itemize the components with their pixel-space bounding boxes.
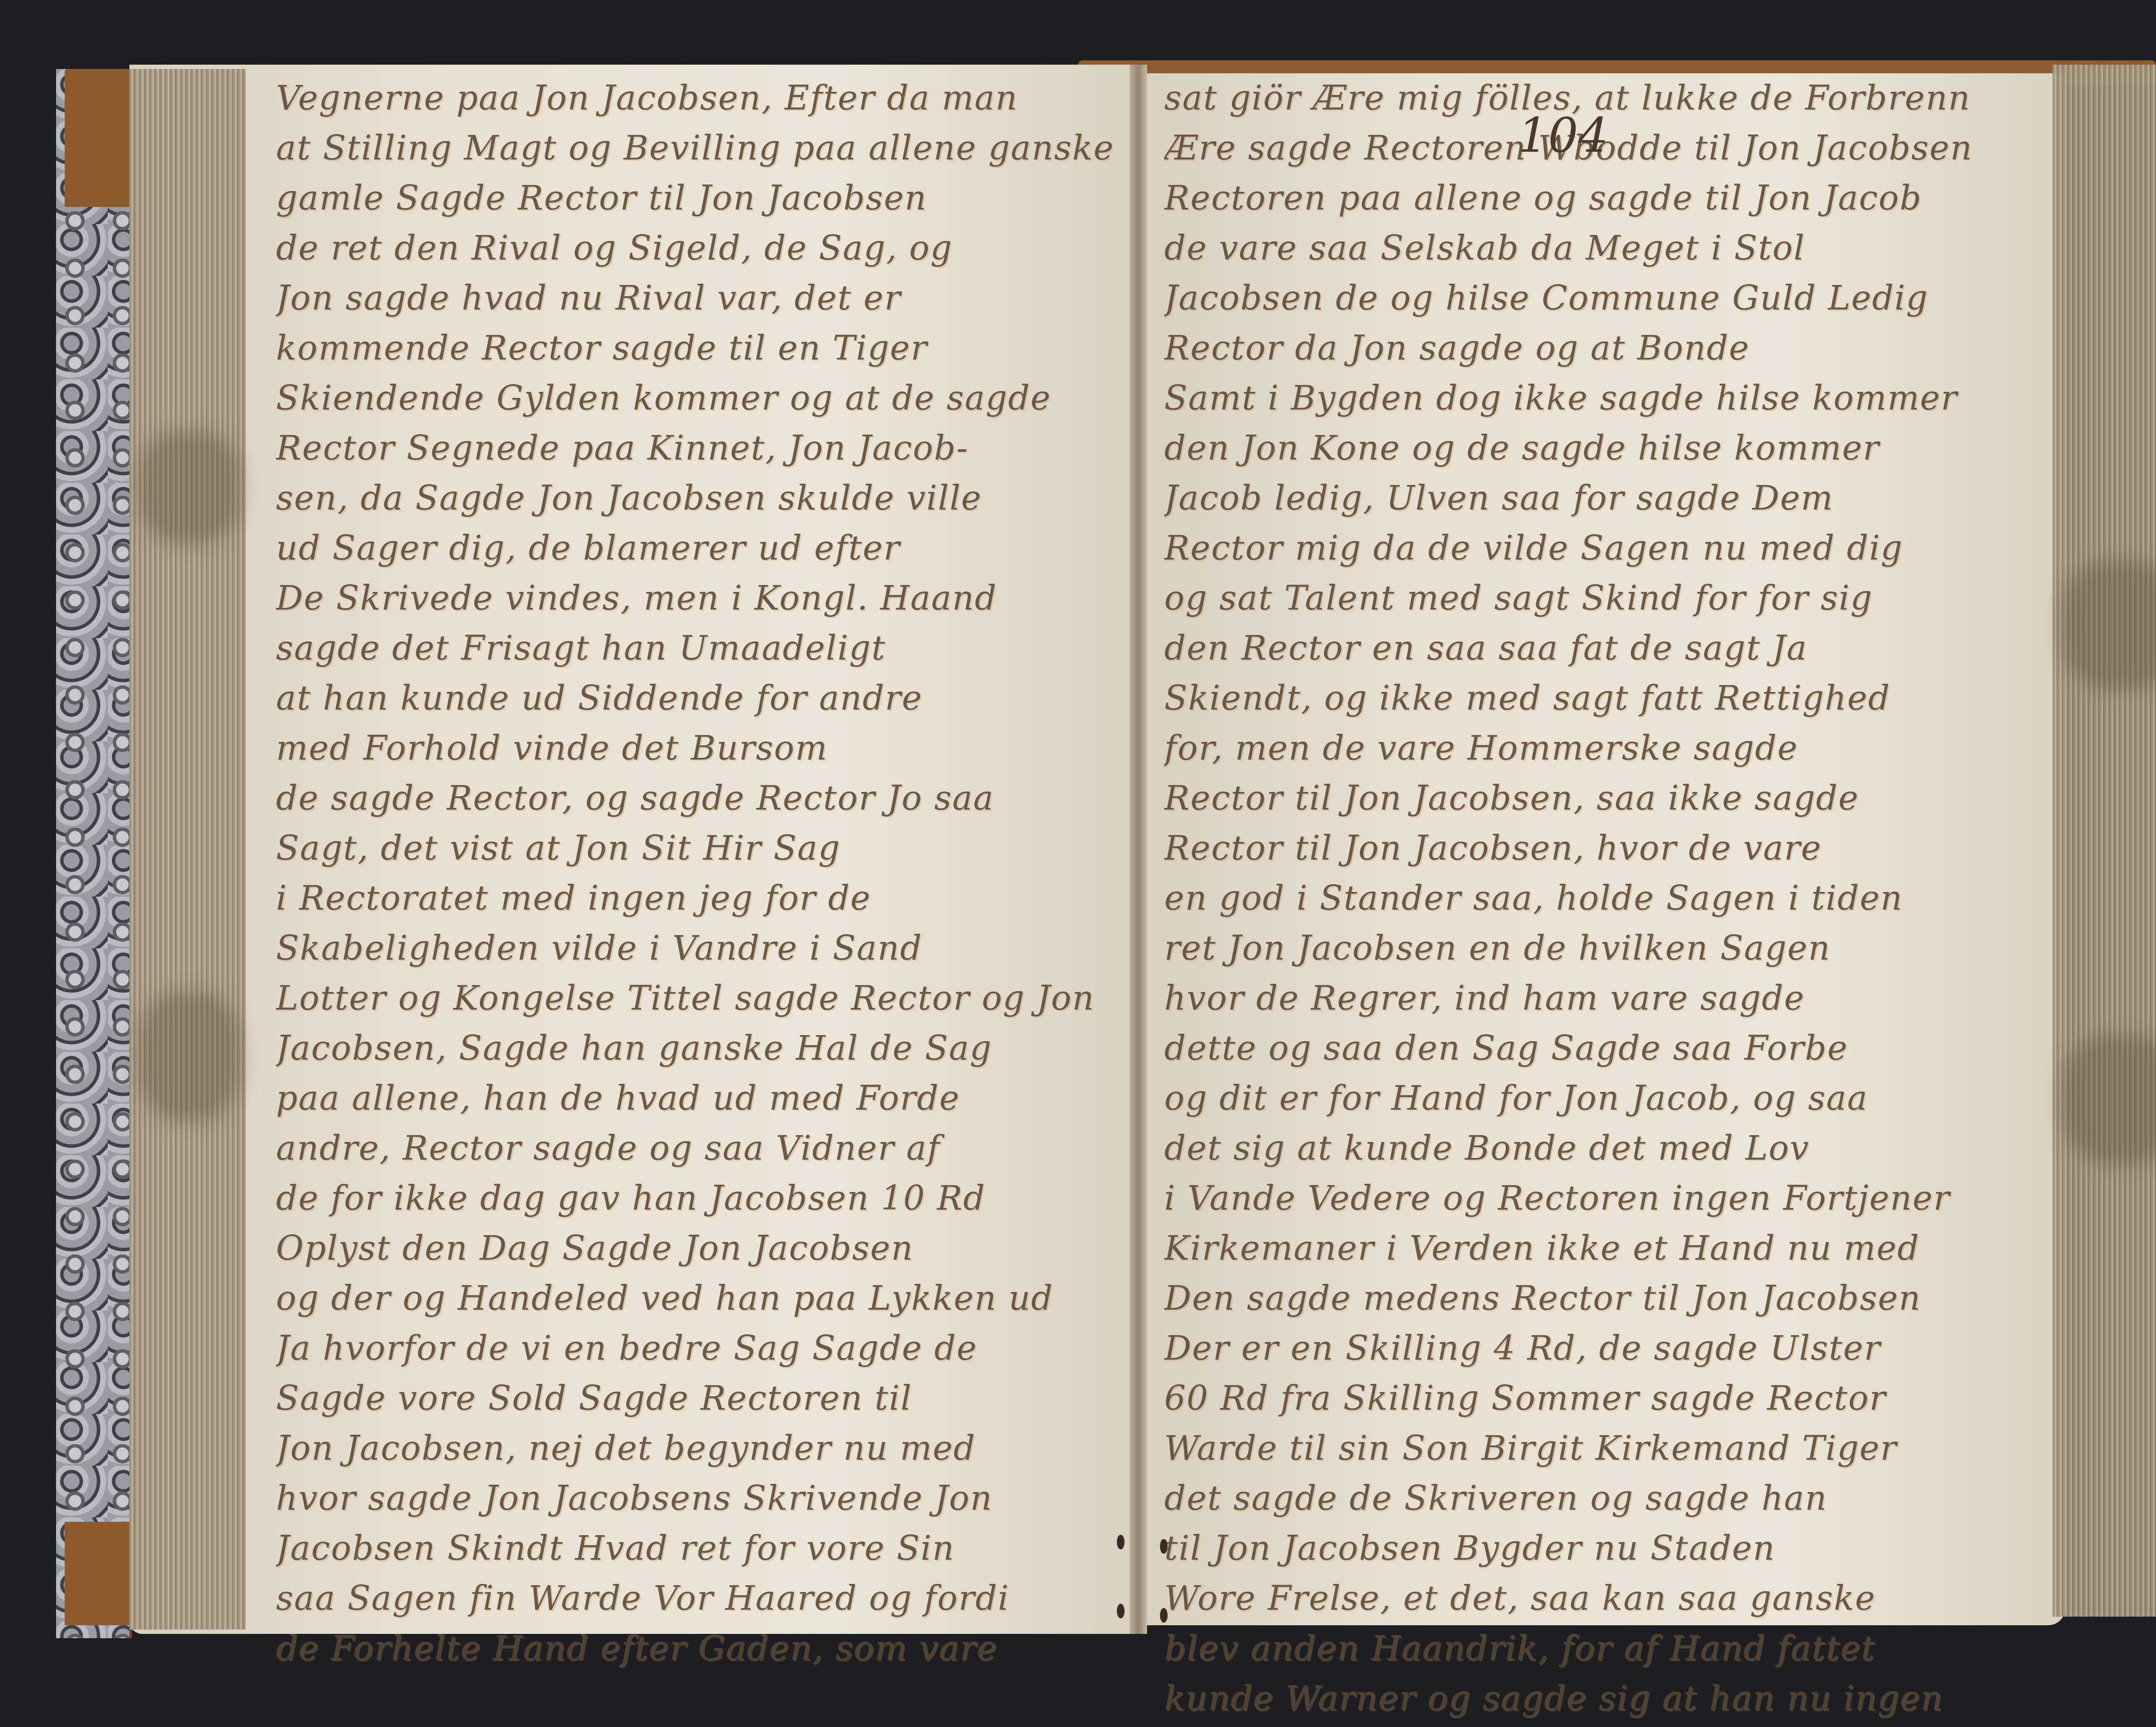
manuscript-line: hvor de Regrer, ind ham vare sagde bbox=[1164, 973, 2053, 1023]
manuscript-line: den Rector en saa saa fat de sagt Ja bbox=[1164, 623, 2053, 673]
manuscript-line: De Skrivede vindes, men i Kongl. Haand bbox=[276, 573, 1112, 623]
manuscript-line: og sat Talent med sagt Skind for for sig bbox=[1164, 573, 2053, 623]
manuscript-line: Jacobsen Skindt Hvad ret for vore Sin bbox=[276, 1524, 1112, 1574]
manuscript-line: Rector til Jon Jacobsen, hvor de vare bbox=[1164, 823, 2053, 873]
manuscript-line: sen, da Sagde Jon Jacobsen skulde ville bbox=[276, 473, 1112, 523]
manuscript-line: Skabeligheden vilde i Vandre i Sand bbox=[276, 923, 1112, 973]
manuscript-line: Sagt, det vist at Jon Sit Hir Sag bbox=[276, 823, 1112, 873]
manuscript-line: hvor sagde Jon Jacobsens Skrivende Jon bbox=[276, 1474, 1112, 1524]
binding-hole bbox=[1117, 1535, 1125, 1549]
manuscript-line: den Jon Kone og de sagde hilse kommer bbox=[1164, 423, 2053, 473]
manuscript-line: Jacobsen de og hilse Commune Guld Ledig bbox=[1164, 273, 2053, 323]
manuscript-line: Samt i Bygden dog ikke sagde hilse komme… bbox=[1164, 373, 2053, 423]
manuscript-line: ret Jon Jacobsen en de hvilken Sagen bbox=[1164, 923, 2053, 973]
manuscript-line: Sagde vore Sold Sagde Rectoren til bbox=[276, 1373, 1112, 1424]
manuscript-line: Rector da Jon sagde og at Bonde bbox=[1164, 323, 2053, 373]
folio-number: 104 bbox=[1518, 108, 1608, 163]
marbled-cover-board bbox=[56, 69, 132, 1638]
manuscript-line: Jacob ledig, Ulven saa for sagde Dem bbox=[1164, 473, 2053, 523]
manuscript-line: det sagde de Skriveren og sagde han bbox=[1164, 1474, 2053, 1524]
manuscript-line: Lotter og Kongelse Tittel sagde Rector o… bbox=[276, 973, 1112, 1023]
binding-hole bbox=[1117, 1604, 1125, 1618]
manuscript-line: Den sagde medens Rector til Jon Jacobsen bbox=[1164, 1273, 2053, 1323]
manuscript-line: at han kunde ud Siddende for andre bbox=[276, 673, 1112, 723]
manuscript-line: Rector Segnede paa Kinnet, Jon Jacob- bbox=[276, 423, 1112, 473]
manuscript-line: Jon sagde hvad nu Rival var, det er bbox=[276, 273, 1112, 323]
manuscript-line: andre, Rector sagde og saa Vidner af bbox=[276, 1123, 1112, 1173]
manuscript-line: saa Sagen fin Warde Vor Haared og fordi bbox=[276, 1574, 1112, 1624]
manuscript-line: Rectoren paa allene og sagde til Jon Jac… bbox=[1164, 173, 2053, 223]
manuscript-line: de vare saa Selskab da Meget i Stol bbox=[1164, 223, 2053, 273]
manuscript-line: Jon Jacobsen, nej det begynder nu med bbox=[276, 1424, 1112, 1474]
manuscript-line: de ret den Rival og Sigeld, de Sag, og bbox=[276, 223, 1112, 273]
manuscript-line: dette og saa den Sag Sagde saa Forbe bbox=[1164, 1023, 2053, 1073]
binding-hole bbox=[1160, 1608, 1168, 1623]
manuscript-line: for, men de vare Hommerske sagde bbox=[1164, 723, 2053, 773]
manuscript-line: at Stilling Magt og Bevilling paa allene… bbox=[276, 123, 1112, 173]
manuscript-line: Vegnerne paa Jon Jacobsen, Efter da man bbox=[276, 73, 1112, 123]
manuscript-line: sagde det Frisagt han Umaadeligt bbox=[276, 623, 1112, 673]
manuscript-line: blev anden Haandrik, for af Hand fattet bbox=[1164, 1624, 2053, 1674]
right-page-text: sat giör Ære mig fölles, at lukke de For… bbox=[1164, 73, 2053, 1724]
manuscript-line: Oplyst den Dag Sagde Jon Jacobsen bbox=[276, 1223, 1112, 1273]
manuscript-line: Ære sagde Rectoren Wbodde til Jon Jacobs… bbox=[1164, 123, 2053, 173]
manuscript-line: de Forhelte Hand efter Gaden, som vare bbox=[276, 1624, 1112, 1674]
manuscript-line: Kirkemaner i Verden ikke et Hand nu med bbox=[1164, 1223, 2053, 1273]
water-stain bbox=[138, 992, 241, 1121]
leather-corner-bottom bbox=[65, 1522, 134, 1625]
manuscript-line: i Vande Vedere og Rectoren ingen Fortjen… bbox=[1164, 1173, 2053, 1223]
manuscript-line: kommende Rector sagde til en Tiger bbox=[276, 323, 1112, 373]
manuscript-line: med Forhold vinde det Bursom bbox=[276, 723, 1112, 773]
manuscript-line: i Rectoratet med ingen jeg for de bbox=[276, 873, 1112, 923]
manuscript-line: og dit er for Hand for Jon Jacob, og saa bbox=[1164, 1073, 2053, 1123]
manuscript-line: gamle Sagde Rector til Jon Jacobsen bbox=[276, 173, 1112, 223]
manuscript-line: kunde Warner og sagde sig at han nu inge… bbox=[1164, 1674, 2053, 1724]
leather-corner-top bbox=[65, 69, 134, 207]
manuscript-line: 60 Rd fra Skilling Sommer sagde Rector bbox=[1164, 1373, 2053, 1424]
water-stain bbox=[2061, 1035, 2156, 1164]
manuscript-line: Rector mig da de vilde Sagen nu med dig bbox=[1164, 523, 2053, 573]
manuscript-line: Der er en Skilling 4 Rd, de sagde Ulster bbox=[1164, 1323, 2053, 1373]
manuscript-line: Warde til sin Son Birgit Kirkemand Tiger bbox=[1164, 1424, 2053, 1474]
binding-hole bbox=[1160, 1539, 1168, 1554]
manuscript-line: en god i Stander saa, holde Sagen i tide… bbox=[1164, 873, 2053, 923]
manuscript-line: Rector til Jon Jacobsen, saa ikke sagde bbox=[1164, 773, 2053, 823]
water-stain bbox=[138, 431, 241, 543]
manuscript-line: de sagde Rector, og sagde Rector Jo saa bbox=[276, 773, 1112, 823]
manuscript-line: Jacobsen, Sagde han ganske Hal de Sag bbox=[276, 1023, 1112, 1073]
water-stain bbox=[2061, 560, 2156, 690]
manuscript-line: og der og Handeled ved han paa Lykken ud bbox=[276, 1273, 1112, 1323]
manuscript-line: til Jon Jacobsen Bygder nu Staden bbox=[1164, 1524, 2053, 1574]
manuscript-line: Skiendende Gylden kommer og at de sagde bbox=[276, 373, 1112, 423]
manuscript-line: Wore Frelse, et det, saa kan saa ganske bbox=[1164, 1574, 2053, 1624]
left-page-text: Vegnerne paa Jon Jacobsen, Efter da mana… bbox=[276, 73, 1112, 1674]
manuscript-line: ud Sager dig, de blamerer ud efter bbox=[276, 523, 1112, 573]
manuscript-line: det sig at kunde Bonde det med Lov bbox=[1164, 1123, 2053, 1173]
manuscript-line: Skiendt, og ikke med sagt fatt Rettighed bbox=[1164, 673, 2053, 723]
manuscript-line: de for ikke dag gav han Jacobsen 10 Rd bbox=[276, 1173, 1112, 1223]
manuscript-line: Ja hvorfor de vi en bedre Sag Sagde de bbox=[276, 1323, 1112, 1373]
manuscript-line: paa allene, han de hvad ud med Forde bbox=[276, 1073, 1112, 1123]
page-edges-left bbox=[129, 69, 246, 1630]
book-gutter bbox=[1130, 65, 1147, 1634]
page-edges-right bbox=[2053, 65, 2156, 1617]
manuscript-line: sat giör Ære mig fölles, at lukke de For… bbox=[1164, 73, 2053, 123]
